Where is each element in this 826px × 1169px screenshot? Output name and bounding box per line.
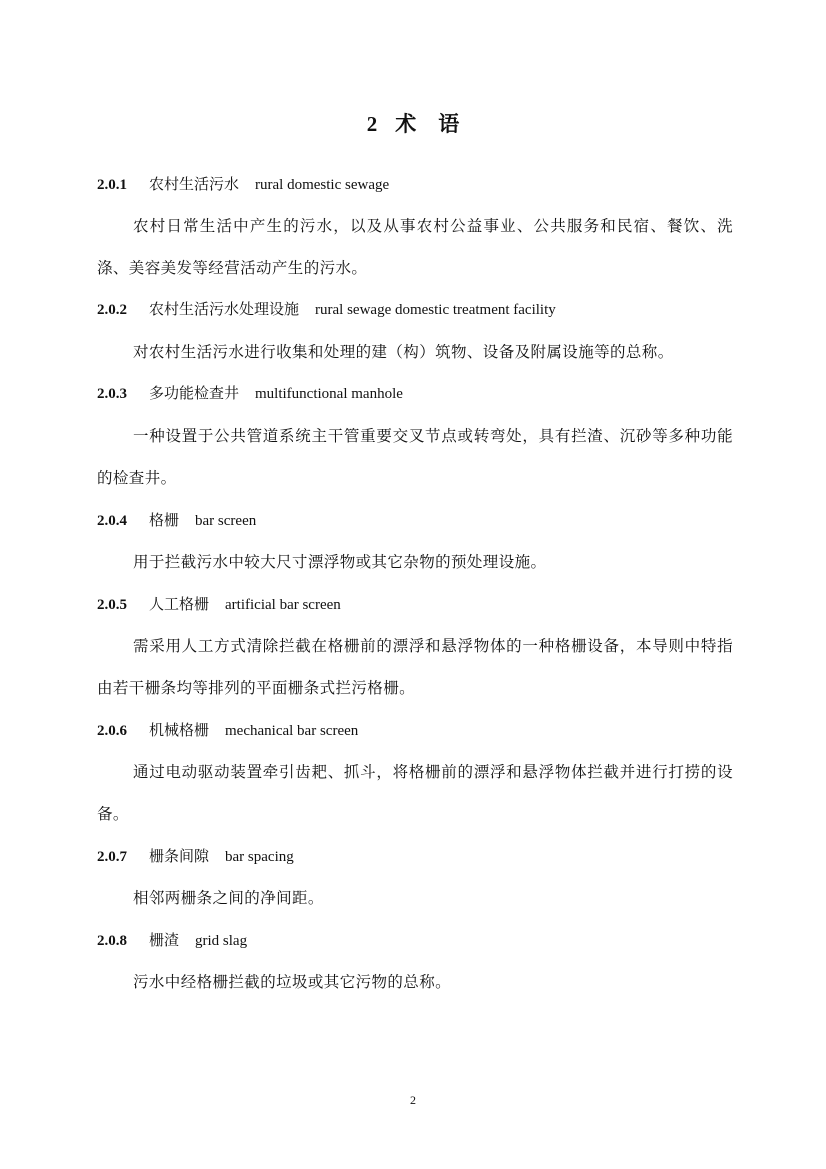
term-zh: 多功能检查井 [149,384,239,404]
term-code: 2.0.3 [97,384,149,404]
term-en: multifunctional manhole [255,386,403,402]
term-zh: 农村生活污水 [149,175,239,195]
term-definition: 污水中经格栅拦截的垃圾或其它污物的总称。 [97,962,733,1004]
term-zh: 格栅 [149,511,179,531]
term-definition: 一种设置于公共管道系统主干管重要交叉节点或转弯处，具有拦渣、沉砂等多种功能的检查… [97,416,733,500]
term-zh: 农村生活污水处理设施 [149,300,299,320]
term-zh: 栅渣 [149,931,179,951]
term-code: 2.0.1 [97,175,149,195]
term-heading: 2.0.8栅渣grid slag [97,931,247,951]
term-heading: 2.0.3多功能检查井multifunctional manhole [97,384,403,404]
term-heading: 2.0.4格栅bar screen [97,511,256,531]
term-heading: 2.0.5人工格栅artificial bar screen [97,595,341,615]
term-code: 2.0.7 [97,847,149,867]
chapter-title-char-2: 语 [438,108,459,138]
term-zh: 人工格栅 [149,595,209,615]
term-heading: 2.0.6机械格栅mechanical bar screen [97,721,358,741]
term-code: 2.0.8 [97,931,149,951]
chapter-title: 2术语 [0,108,826,138]
term-heading: 2.0.7栅条间隙bar spacing [97,847,294,867]
term-definition: 用于拦截污水中较大尺寸漂浮物或其它杂物的预处理设施。 [97,542,733,584]
term-en: mechanical bar screen [225,723,358,739]
term-en: bar spacing [225,849,294,865]
term-code: 2.0.6 [97,721,149,741]
term-en: artificial bar screen [225,597,341,613]
term-en: rural domestic sewage [255,177,389,193]
term-heading: 2.0.1农村生活污水rural domestic sewage [97,175,389,195]
term-en: bar screen [195,513,256,529]
term-definition: 对农村生活污水进行收集和处理的建（构）筑物、设备及附属设施等的总称。 [97,332,733,374]
term-code: 2.0.4 [97,511,149,531]
term-en: rural sewage domestic treatment facility [315,302,556,318]
term-definition: 需采用人工方式清除拦截在格栅前的漂浮和悬浮物体的一种格栅设备，本导则中特指由若干… [97,626,733,710]
page-number: 2 [0,1093,826,1108]
term-en: grid slag [195,933,247,949]
term-code: 2.0.5 [97,595,149,615]
term-definition: 相邻两栅条之间的净间距。 [97,878,733,920]
term-zh: 机械格栅 [149,721,209,741]
chapter-number: 2 [367,112,378,137]
term-code: 2.0.2 [97,300,149,320]
term-zh: 栅条间隙 [149,847,209,867]
chapter-title-char-1: 术 [395,108,416,138]
term-heading: 2.0.2农村生活污水处理设施rural sewage domestic tre… [97,300,556,320]
term-definition: 通过电动驱动装置牵引齿耙、抓斗，将格栅前的漂浮和悬浮物体拦截并进行打捞的设备。 [97,752,733,836]
term-definition: 农村日常生活中产生的污水，以及从事农村公益事业、公共服务和民宿、餐饮、洗涤、美容… [97,206,733,290]
